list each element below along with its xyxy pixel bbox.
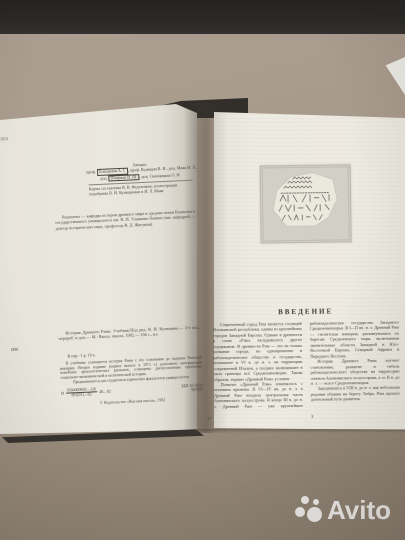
table-edge bbox=[0, 0, 405, 34]
avito-logo-icon bbox=[295, 495, 324, 526]
maps-note: Карты составлены В. В. Федотовым, иллюст… bbox=[89, 180, 193, 197]
left-page-content: ББК 63.3(0)3 И 90 Авторы: проф. Бокщанин… bbox=[0, 96, 204, 439]
signature-mark: 1* bbox=[207, 416, 212, 421]
stone-inscription-drawing bbox=[260, 164, 352, 243]
imprint-row: И 0504000000—126001(01)—82 48—82 ББК 63.… bbox=[61, 382, 203, 398]
imprint-prefix: И bbox=[61, 391, 64, 396]
chapter-heading: ВВЕДЕНИЕ bbox=[214, 307, 398, 318]
right-page-content: ВВЕДЕНИЕ Современный город Рим является … bbox=[195, 105, 405, 434]
bbk-code-line: И 90 bbox=[0, 142, 9, 147]
catalog-entry: История Древнего Рима: Учебник/Под ред. … bbox=[58, 325, 200, 342]
stone-inscription-figure bbox=[260, 164, 352, 243]
copyright-line: © Издательство «Высшая школа», 1982 bbox=[62, 396, 204, 406]
intro-paragraph: История Древнего Рима изучает становлени… bbox=[310, 358, 399, 387]
bbk-corner-code: ББК 63.3(0)3 И 90 bbox=[0, 137, 9, 147]
page-number: 3 bbox=[311, 414, 313, 419]
intro-paragraph: Современный город Рим является столицей … bbox=[213, 321, 303, 382]
imprint-fraction: 0504000000—126001(01)—82 bbox=[66, 387, 98, 398]
boxed-author-name: Шифман И. Ш. bbox=[108, 174, 139, 182]
reviewer-note: Рецензент — кафедра истории древнего мир… bbox=[55, 209, 196, 232]
catalog-author-mark: И90 bbox=[11, 347, 18, 352]
author-title: доц. bbox=[100, 175, 109, 180]
author-title: проф. bbox=[86, 169, 97, 174]
intro-text-columns: Современный город Рим является столицей … bbox=[213, 320, 400, 423]
price-line: В пер.: 1 р. 10 к. bbox=[67, 352, 95, 358]
intro-paragraph: Зародившись в VIII в. до н. э. как небол… bbox=[311, 385, 400, 403]
photo-scene: ББК 63.3(0)3 И 90 Авторы: проф. Бокщанин… bbox=[0, 0, 405, 540]
imprint-denominator: 001(01)—82 bbox=[66, 393, 97, 399]
authors-names: , доц. Свенцицкая О. И. bbox=[139, 172, 180, 179]
avito-wordmark: Avito bbox=[327, 495, 391, 526]
authors-block: Авторы: проф. Бокщанин А. Г., проф. Кузи… bbox=[86, 160, 195, 183]
avito-watermark: Avito bbox=[295, 495, 391, 526]
imprint-suffix: 48—82 bbox=[99, 389, 111, 394]
imprint-formula: И 0504000000—126001(01)—82 48—82 ББК 63.… bbox=[61, 382, 203, 398]
